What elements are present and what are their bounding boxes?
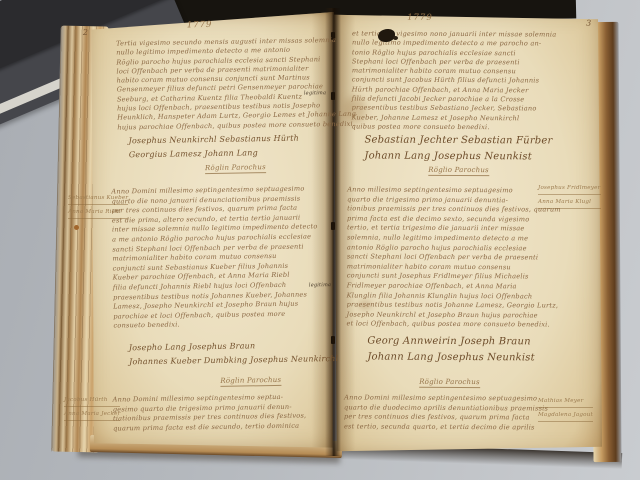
rust-spot <box>74 225 79 230</box>
marriage-entry-paragraph: Anno millesimo septingentesimo septuages… <box>346 185 560 330</box>
witness-signatures-large: Sebastian Jechter Sebastian FürberJohann… <box>364 132 552 165</box>
handwritten-line: et loci Offenbach, quibus postea more co… <box>346 320 560 331</box>
ink-blot-satellite <box>393 36 398 40</box>
year-heading-right: 1779 <box>407 13 433 23</box>
handwritten-line: Sebastian Jechter Sebastian Fürber <box>364 132 552 149</box>
handwritten-line: Fridlmeyer parochiae Offenbach, et Anna … <box>347 281 561 292</box>
handwritten-line: quibus postea more consueto benedixi. <box>352 122 556 132</box>
handwritten-line: Anno millesimo septingentesimo septuages… <box>347 185 561 196</box>
handwritten-line: Anno Domini millesimo septingentesimo se… <box>344 393 548 404</box>
priest-signature: Röglio Parochus <box>428 166 489 176</box>
handwritten-line: est tertio, secunda quarto, et tertia de… <box>344 422 548 433</box>
handwritten-line: Georg Annweirin Joseph Braun <box>367 334 535 351</box>
priest-signature: Röglio Parochus <box>419 378 480 388</box>
margin-note-couple: Mathias MeyerMagdalena Jagout <box>538 396 593 424</box>
marriage-entry-paragraph: et tertia die vigesimo nono januarii int… <box>352 29 557 132</box>
handwritten-line: solemnia, nullo legitimo impedimento det… <box>347 233 561 244</box>
handwritten-line: Johann Lang Josephus Neunkist <box>364 148 552 165</box>
handwritten-line: Josephus Fridlmeyer <box>538 183 601 195</box>
margin-note-couple: Josephus FridlmeyerAnna Maria Klugl <box>538 183 601 211</box>
page-stain <box>344 96 366 124</box>
page-number-right: 3 <box>586 19 591 28</box>
handwritten-line: Anna Maria Klugl <box>538 197 601 209</box>
handwritten-line: Mathias Meyer <box>538 396 593 408</box>
page-stain <box>358 300 372 310</box>
handwritten-line: Magdalena Jagout <box>538 410 593 422</box>
manuscript-photo: 2 1779 Tertia vigesimo secundo mensis au… <box>0 0 640 480</box>
witness-signatures-large: Georg Annweirin Joseph BraunJohann Lang … <box>367 334 535 367</box>
handwritten-line: Johann Lang Josephus Neunkist <box>367 350 535 367</box>
marriage-entry-paragraph: Anno Domini millesimo septingentesimo se… <box>344 393 548 432</box>
